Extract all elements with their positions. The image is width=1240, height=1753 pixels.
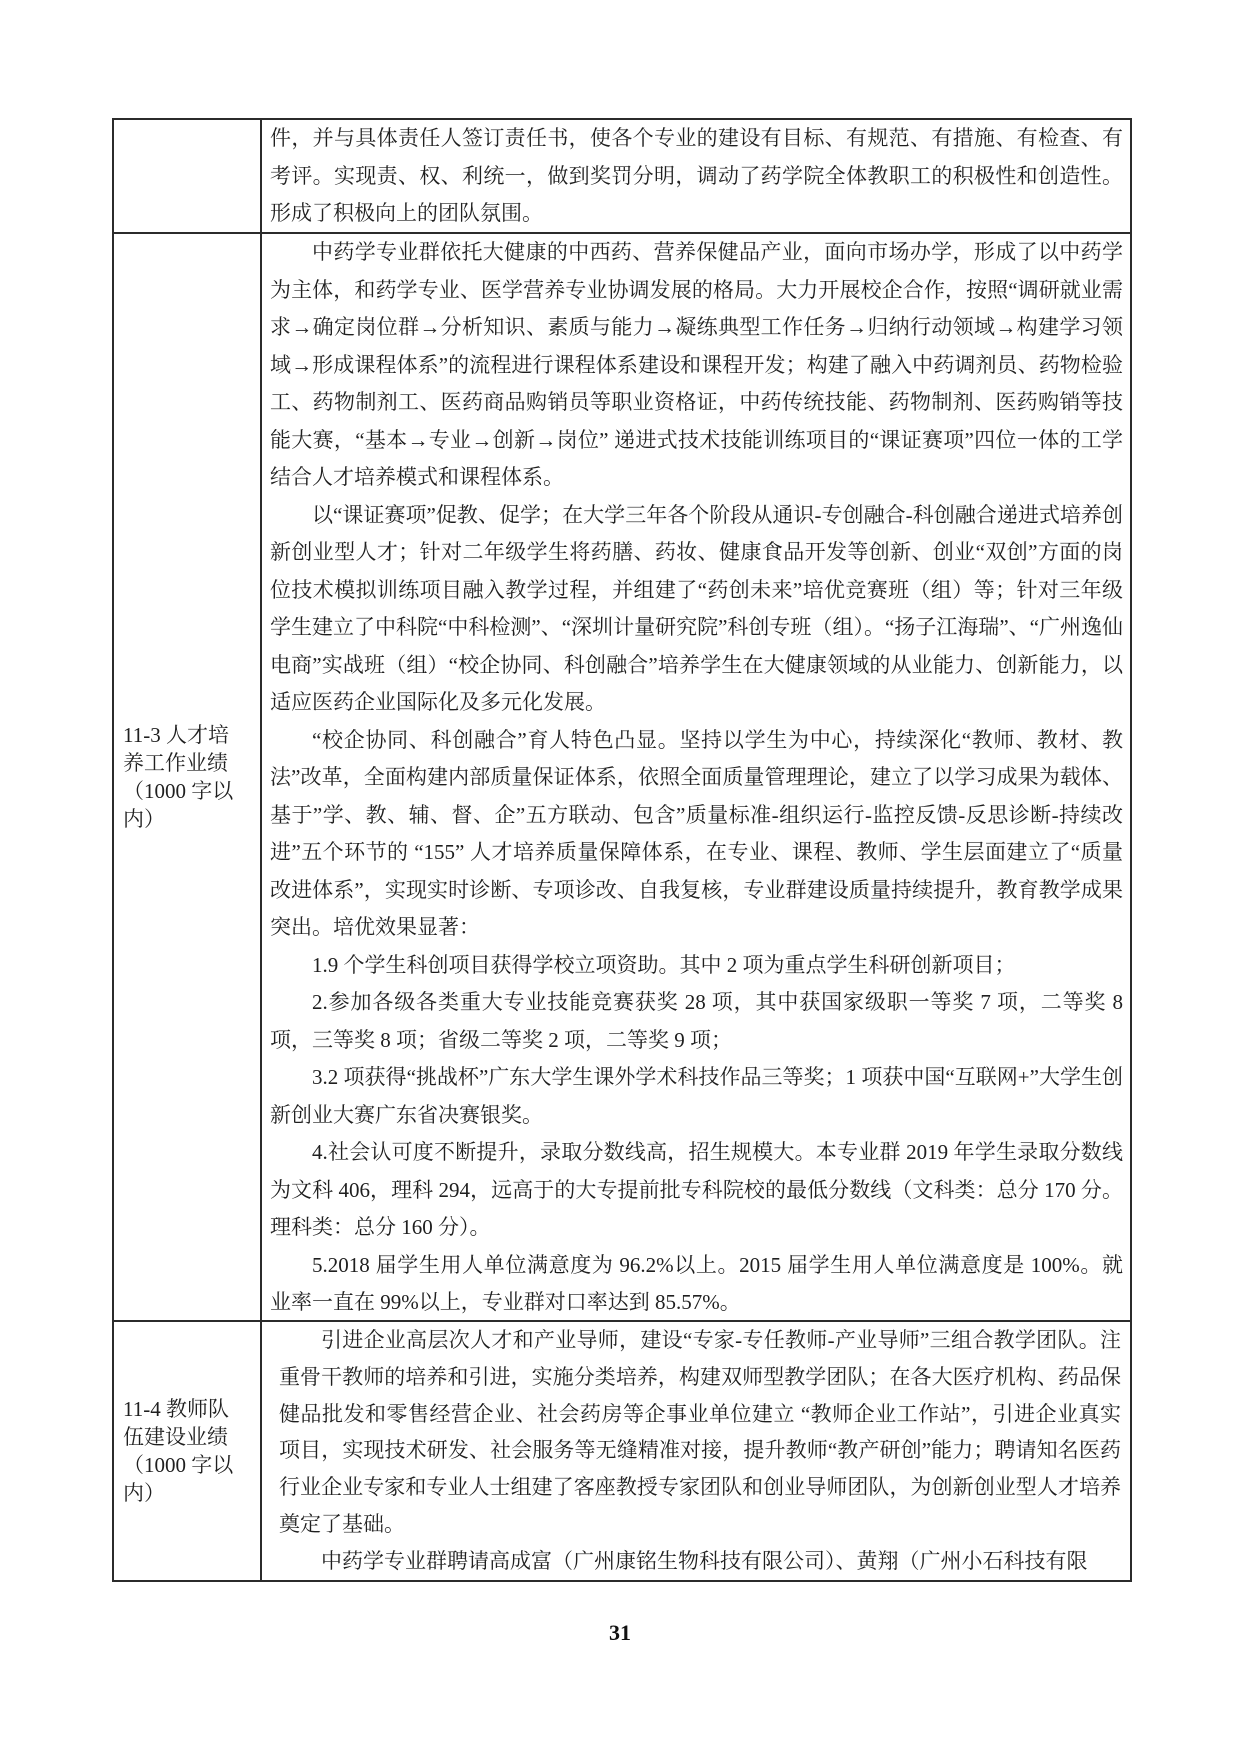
paragraph: 中药学专业群依托大健康的中西药、营养保健品产业，面向市场办学，形成了以中药学为主… [270, 234, 1123, 497]
table-row-11-3: 11-3 人才培养工作业绩（1000 字以内） 中药学专业群依托大健康的中西药、… [114, 234, 1130, 1322]
row-label-empty [114, 120, 262, 232]
report-table: 件，并与具体责任人签订责任书，使各个专业的建设有目标、有规范、有措施、有检查、有… [112, 118, 1132, 1582]
paragraph: “校企协同、科创融合”育人特色凸显。坚持以学生为中心，持续深化“教师、教材、教法… [270, 722, 1123, 947]
paragraph: 2.参加各级各类重大专业技能竞赛获奖 28 项，其中获国家级职一等奖 7 项，二… [270, 984, 1123, 1059]
paragraph: 件，并与具体责任人签订责任书，使各个专业的建设有目标、有规范、有措施、有检查、有… [270, 120, 1123, 232]
row-label-11-4: 11-4 教师队伍建设业绩（1000 字以内） [114, 1322, 262, 1580]
row-label-text: 11-3 人才培养工作业绩（1000 字以内） [123, 721, 247, 833]
paragraph: 3.2 项获得“挑战杯”广东大学生课外学术科技作品三等奖；1 项获中国“互联网+… [270, 1059, 1123, 1134]
paragraph: 引进企业高层次人才和产业导师，建设“专家-专任教师-产业导师”三组合教学团队。注… [279, 1322, 1121, 1543]
paragraph: 以“课证赛项”促教、促学；在大学三年各个阶段从通识-专创融合-科创融合递进式培养… [270, 497, 1123, 722]
table-row-11-4: 11-4 教师队伍建设业绩（1000 字以内） 引进企业高层次人才和产业导师，建… [114, 1322, 1130, 1580]
paragraph: 1.9 个学生科创项目获得学校立项资助。其中 2 项为重点学生科研创新项目； [270, 947, 1123, 985]
paragraph: 4.社会认可度不断提升，录取分数线高，招生规模大。本专业群 2019 年学生录取… [270, 1134, 1123, 1247]
row-body-continuation: 件，并与具体责任人签订责任书，使各个专业的建设有目标、有规范、有措施、有检查、有… [262, 120, 1130, 232]
document-page: 件，并与具体责任人签订责任书，使各个专业的建设有目标、有规范、有措施、有检查、有… [0, 0, 1240, 1753]
table-row-continuation: 件，并与具体责任人签订责任书，使各个专业的建设有目标、有规范、有措施、有检查、有… [114, 120, 1130, 234]
row-label-11-3: 11-3 人才培养工作业绩（1000 字以内） [114, 234, 262, 1320]
paragraph: 中药学专业群聘请高成富（广州康铭生物科技有限公司）、黄翔（广州小石科技有限 [279, 1543, 1121, 1580]
row-body-11-4: 引进企业高层次人才和产业导师，建设“专家-专任教师-产业导师”三组合教学团队。注… [262, 1322, 1130, 1580]
paragraph: 5.2018 届学生用人单位满意度为 96.2%以上。2015 届学生用人单位满… [270, 1247, 1123, 1321]
page-number: 31 [0, 1620, 1240, 1646]
row-label-text: 11-4 教师队伍建设业绩（1000 字以内） [123, 1395, 247, 1507]
row-body-11-3: 中药学专业群依托大健康的中西药、营养保健品产业，面向市场办学，形成了以中药学为主… [262, 234, 1130, 1320]
